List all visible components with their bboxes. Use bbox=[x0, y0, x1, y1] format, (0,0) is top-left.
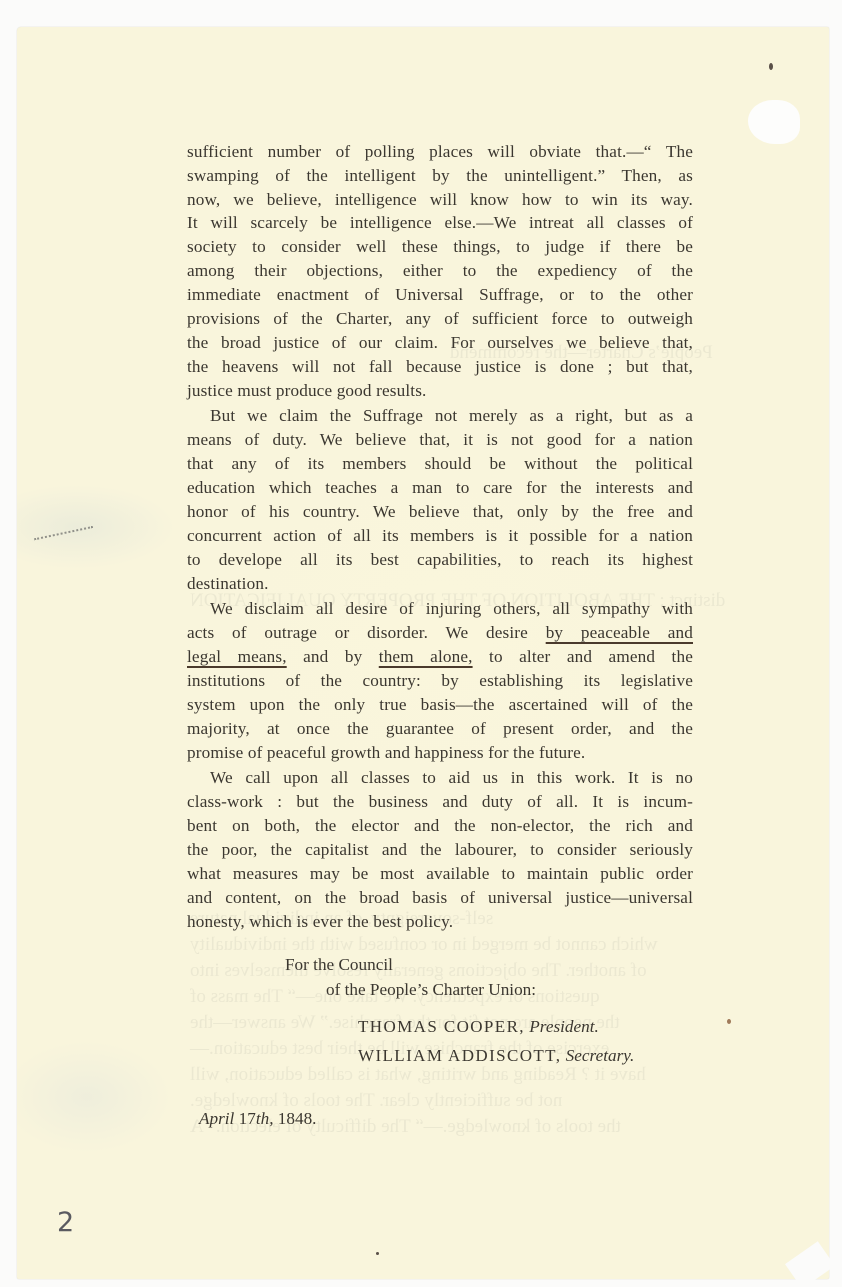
text-line: legal means, and by them alone, to alter… bbox=[187, 647, 693, 667]
underlined-phrase: by peaceable and bbox=[546, 623, 693, 642]
text-line: We call upon all classes to aid us in th… bbox=[210, 768, 693, 788]
text-line: among their objections, either to the ex… bbox=[187, 261, 693, 281]
text-line: concurrent action of all its members is … bbox=[187, 526, 693, 546]
text-line: what measures may be most available to m… bbox=[187, 864, 693, 884]
text-fragment: and by bbox=[303, 647, 362, 666]
text-line: honor of his country. We believe that, o… bbox=[187, 502, 693, 522]
signatory-title: Secretary. bbox=[566, 1046, 635, 1065]
text-line: majority, at once the guarantee of prese… bbox=[187, 719, 693, 739]
signatory-president: THOMAS COOPER, President. bbox=[358, 1017, 599, 1037]
text-line: It will scarcely be intelligence else.—W… bbox=[187, 213, 693, 233]
date-month: April bbox=[199, 1109, 234, 1128]
page-number: 2 bbox=[57, 1207, 74, 1238]
text-line: education which teaches a man to care fo… bbox=[187, 478, 693, 498]
date-suffix: th, bbox=[256, 1109, 274, 1128]
text-line: immediate enactment of Universal Suffrag… bbox=[187, 285, 693, 305]
text-line: honesty, which is ever the best policy. bbox=[187, 912, 693, 932]
document-date: April 17th, 1848. bbox=[199, 1109, 316, 1129]
ink-speck bbox=[376, 1252, 379, 1255]
ink-speck bbox=[769, 63, 773, 70]
text-line: and content, on the broad basis of unive… bbox=[187, 888, 693, 908]
text-line: now, we believe, intelligence will know … bbox=[187, 190, 693, 210]
underlined-phrase: them alone, bbox=[379, 647, 473, 666]
text-line: destination. bbox=[187, 574, 693, 594]
underlined-phrase: legal means, bbox=[187, 647, 287, 666]
bleed-through-text: have it ? Reading and writing, what is c… bbox=[190, 1064, 646, 1086]
ink-stain bbox=[34, 526, 96, 554]
text-line: the poor, the capitalist and the laboure… bbox=[187, 840, 693, 860]
signatory-name: WILLIAM ADDISCOTT, bbox=[358, 1046, 561, 1065]
signatory-name: THOMAS COOPER, bbox=[358, 1017, 525, 1036]
text-line: justice must produce good results. bbox=[187, 381, 693, 401]
date-year: 1848. bbox=[278, 1109, 317, 1128]
text-line: means of duty. We believe that, it is no… bbox=[187, 430, 693, 450]
signatory-secretary: WILLIAM ADDISCOTT, Secretary. bbox=[358, 1046, 634, 1066]
ink-speck bbox=[727, 1019, 731, 1024]
text-fragment: to alter and amend the bbox=[489, 647, 693, 666]
text-line: provisions of the Charter, any of suffic… bbox=[187, 309, 693, 329]
text-line: the heavens will not fall because justic… bbox=[187, 357, 693, 377]
text-line: We disclaim all desire of injuring other… bbox=[210, 599, 693, 619]
signoff-line: For the Council bbox=[285, 955, 393, 975]
bleed-through-text: of another. The objections generally res… bbox=[190, 960, 647, 982]
text-line: that any of its members should be withou… bbox=[187, 454, 693, 474]
text-line: swamping of the intelligent by the unint… bbox=[187, 166, 693, 186]
text-line: institutions of the country: by establis… bbox=[187, 671, 693, 691]
text-line: to develope all its best capabilities, t… bbox=[187, 550, 693, 570]
text-line: class-work : but the business and duty o… bbox=[187, 792, 693, 812]
bleed-through-text: which cannot be merged in or confused wi… bbox=[190, 934, 658, 956]
text-fragment: acts of outrage or disorder. We desire bbox=[187, 623, 528, 642]
paper-tear bbox=[748, 100, 800, 144]
text-line: bent on both, the elector and the non-el… bbox=[187, 816, 693, 836]
text-line: sufficient number of polling places will… bbox=[187, 142, 693, 162]
signatory-title: President. bbox=[529, 1017, 599, 1036]
text-line: But we claim the Suffrage not merely as … bbox=[210, 406, 693, 426]
signoff-line: of the People’s Charter Union: bbox=[326, 980, 536, 1000]
date-day: 17 bbox=[239, 1109, 256, 1128]
text-line: the broad justice of our claim. For ours… bbox=[187, 333, 693, 353]
text-line: acts of outrage or disorder. We desire b… bbox=[187, 623, 693, 643]
text-line: system upon the only true basis—the asce… bbox=[187, 695, 693, 715]
text-line: promise of peaceful growth and happiness… bbox=[187, 743, 693, 763]
text-line: society to consider well these things, t… bbox=[187, 237, 693, 257]
